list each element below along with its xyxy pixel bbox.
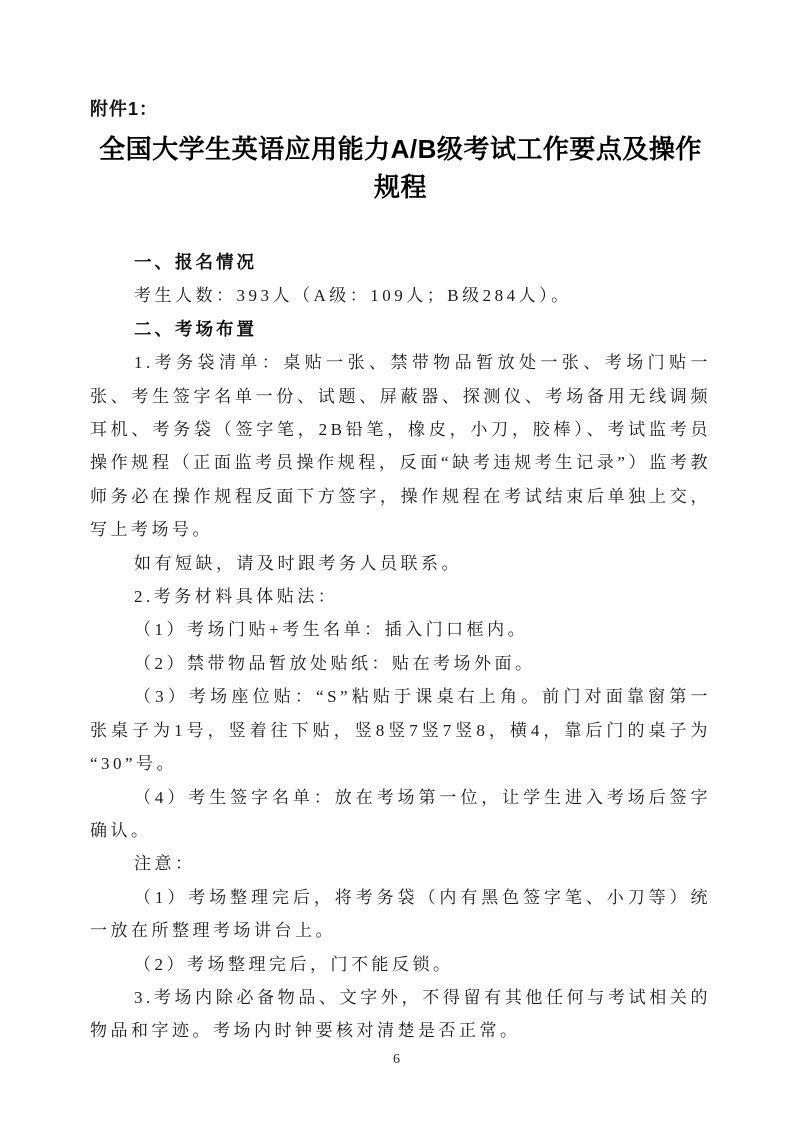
paragraph: 注意： bbox=[90, 847, 711, 880]
paragraph: （3）考场座位贴：“S”粘贴于课桌右上角。前门对面靠窗第一张桌子为1号，竖着往下… bbox=[90, 680, 711, 780]
document-body: 一、报名情况考生人数：393人（A级：109人；B级284人）。二、考场布置1.… bbox=[90, 246, 711, 1048]
paragraph: （4）考生签字名单：放在考场第一位，让学生进入考场后签字确认。 bbox=[90, 781, 711, 848]
paragraph: （2）考场整理完后，门不能反锁。 bbox=[90, 948, 711, 981]
paragraph: 如有短缺，请及时跟考务人员联系。 bbox=[90, 547, 711, 580]
paragraph: （1）考场门贴+考生名单：插入门口框内。 bbox=[90, 613, 711, 646]
section-heading: 二、考场布置 bbox=[90, 313, 711, 346]
paragraph: 2.考务材料具体贴法： bbox=[90, 580, 711, 613]
attachment-label: 附件1： bbox=[90, 96, 711, 122]
section-heading: 一、报名情况 bbox=[90, 246, 711, 279]
page-footer: 6 bbox=[0, 1052, 793, 1068]
paragraph: 1.考务袋清单：桌贴一张、禁带物品暂放处一张、考场门贴一张、考生签字名单一份、试… bbox=[90, 346, 711, 546]
paragraph: 3.考场内除必备物品、文字外，不得留有其他任何与考试相关的物品和字迹。考场内时钟… bbox=[90, 981, 711, 1048]
document-title: 全国大学生英语应用能力A/B级考试工作要点及操作规程 bbox=[90, 130, 711, 206]
paragraph: 考生人数：393人（A级：109人；B级284人）。 bbox=[90, 279, 711, 312]
page-number: 6 bbox=[393, 1052, 400, 1067]
paragraph: （1）考场整理完后，将考务袋（内有黑色签字笔、小刀等）统一放在所整理考场讲台上。 bbox=[90, 881, 711, 948]
paragraph: （2）禁带物品暂放处贴纸：贴在考场外面。 bbox=[90, 647, 711, 680]
document-page: 附件1： 全国大学生英语应用能力A/B级考试工作要点及操作规程 一、报名情况考生… bbox=[0, 0, 793, 1122]
